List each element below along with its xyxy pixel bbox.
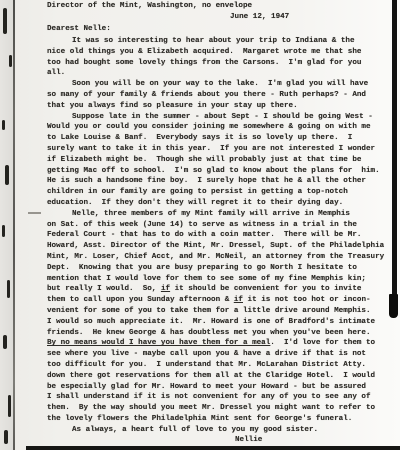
letter-line: Howard, Asst. Director of the Mint, Mr. … <box>47 241 397 252</box>
letter-line: Mint, Mr. Loser, Chief Acct, and Mr. McN… <box>47 252 397 263</box>
scan-artifact <box>3 8 7 34</box>
letter-line: friends. He knew George & has doubtless … <box>47 328 397 339</box>
scan-artifact <box>5 165 9 185</box>
letter-line: Dept. Knowing that you are busy preparin… <box>47 263 397 274</box>
scan-artifact <box>3 335 7 349</box>
letter-line: them to call upon you Sunday afternoon &… <box>47 295 397 306</box>
letter-date: June 12, 1947 <box>230 13 289 21</box>
letter-line: Suppose late in the summer - about Sept … <box>47 112 397 123</box>
letter-page: Director of the Mint, Washington, no env… <box>0 0 400 450</box>
letter-line: Federal Court - that has to do with a co… <box>47 230 397 241</box>
margin-pencil-mark <box>28 212 41 214</box>
letter-line: on Sat. of this week (June 14) to serve … <box>47 220 397 231</box>
letter-line: too had bought some lovely things from t… <box>47 58 397 69</box>
letter-line: to Lake Louise & Banf. Everybody says it… <box>47 133 397 144</box>
salutation: Dearest Nelle: <box>47 25 111 33</box>
letter-line: mention that I would love for them to se… <box>47 274 397 285</box>
letter-line: getting Mac off to school. I'm so glad t… <box>47 166 397 177</box>
letter-line: nice old things you & Elizabeth acquired… <box>47 47 397 58</box>
header-annotation: Director of the Mint, Washington, no env… <box>47 2 252 10</box>
scan-artifact <box>4 430 8 444</box>
letter-line: Soon you will be on your way to the lake… <box>47 79 397 90</box>
letter-line: As always, a heart full of love to you m… <box>47 425 397 436</box>
letter-line: Nelle, three members of my Mint family w… <box>47 209 397 220</box>
letter-line: if Elizabeth might be. Though she will p… <box>47 155 397 166</box>
letter-line: the lovely flowers the Philadelphia Mint… <box>47 414 397 425</box>
scan-artifact <box>8 395 11 417</box>
letter-line: Would you or could you consider joining … <box>47 122 397 133</box>
letter-body: It was so interesting to hear about your… <box>47 36 397 435</box>
scan-artifact <box>9 55 12 67</box>
letter-line: surely want to take it in this year. If … <box>47 144 397 155</box>
scan-artifact <box>2 120 5 130</box>
letter-line: venient for some of you to take them for… <box>47 306 397 317</box>
letter-line: It was so interesting to hear about your… <box>47 36 397 47</box>
letter-line: that you always find so pleasure in your… <box>47 101 397 112</box>
letter-line: By no means would I have you have them f… <box>47 338 397 349</box>
letter-line: down there got reservations for them all… <box>47 371 397 382</box>
letter-line: I would so much appreciate it. Mr. Howar… <box>47 317 397 328</box>
letter-line: but really I would. So, if it should be … <box>47 284 397 295</box>
letter-line: all. <box>47 68 397 79</box>
scan-bottom-bar <box>26 446 400 450</box>
letter-line: He is such a handsome fine boy. I surely… <box>47 176 397 187</box>
letter-line: them. By the way should you meet Mr. Dre… <box>47 403 397 414</box>
letter-line: too difficult for you. I understand that… <box>47 360 397 371</box>
letter-line: children in our family are going to pers… <box>47 187 397 198</box>
scan-artifact <box>2 225 5 237</box>
scan-artifact <box>7 280 10 298</box>
binding-line-artifact <box>13 0 15 450</box>
letter-line: so many of your family & friends about y… <box>47 90 397 101</box>
letter-line: I shall understand if it is not convenie… <box>47 392 397 403</box>
signature: Nellie <box>235 436 262 444</box>
letter-line: education. If they don't they will regre… <box>47 198 397 209</box>
letter-line: be especially glad for Mr. Howard to mee… <box>47 382 397 393</box>
letter-line: see where you live - maybe call upon you… <box>47 349 397 360</box>
